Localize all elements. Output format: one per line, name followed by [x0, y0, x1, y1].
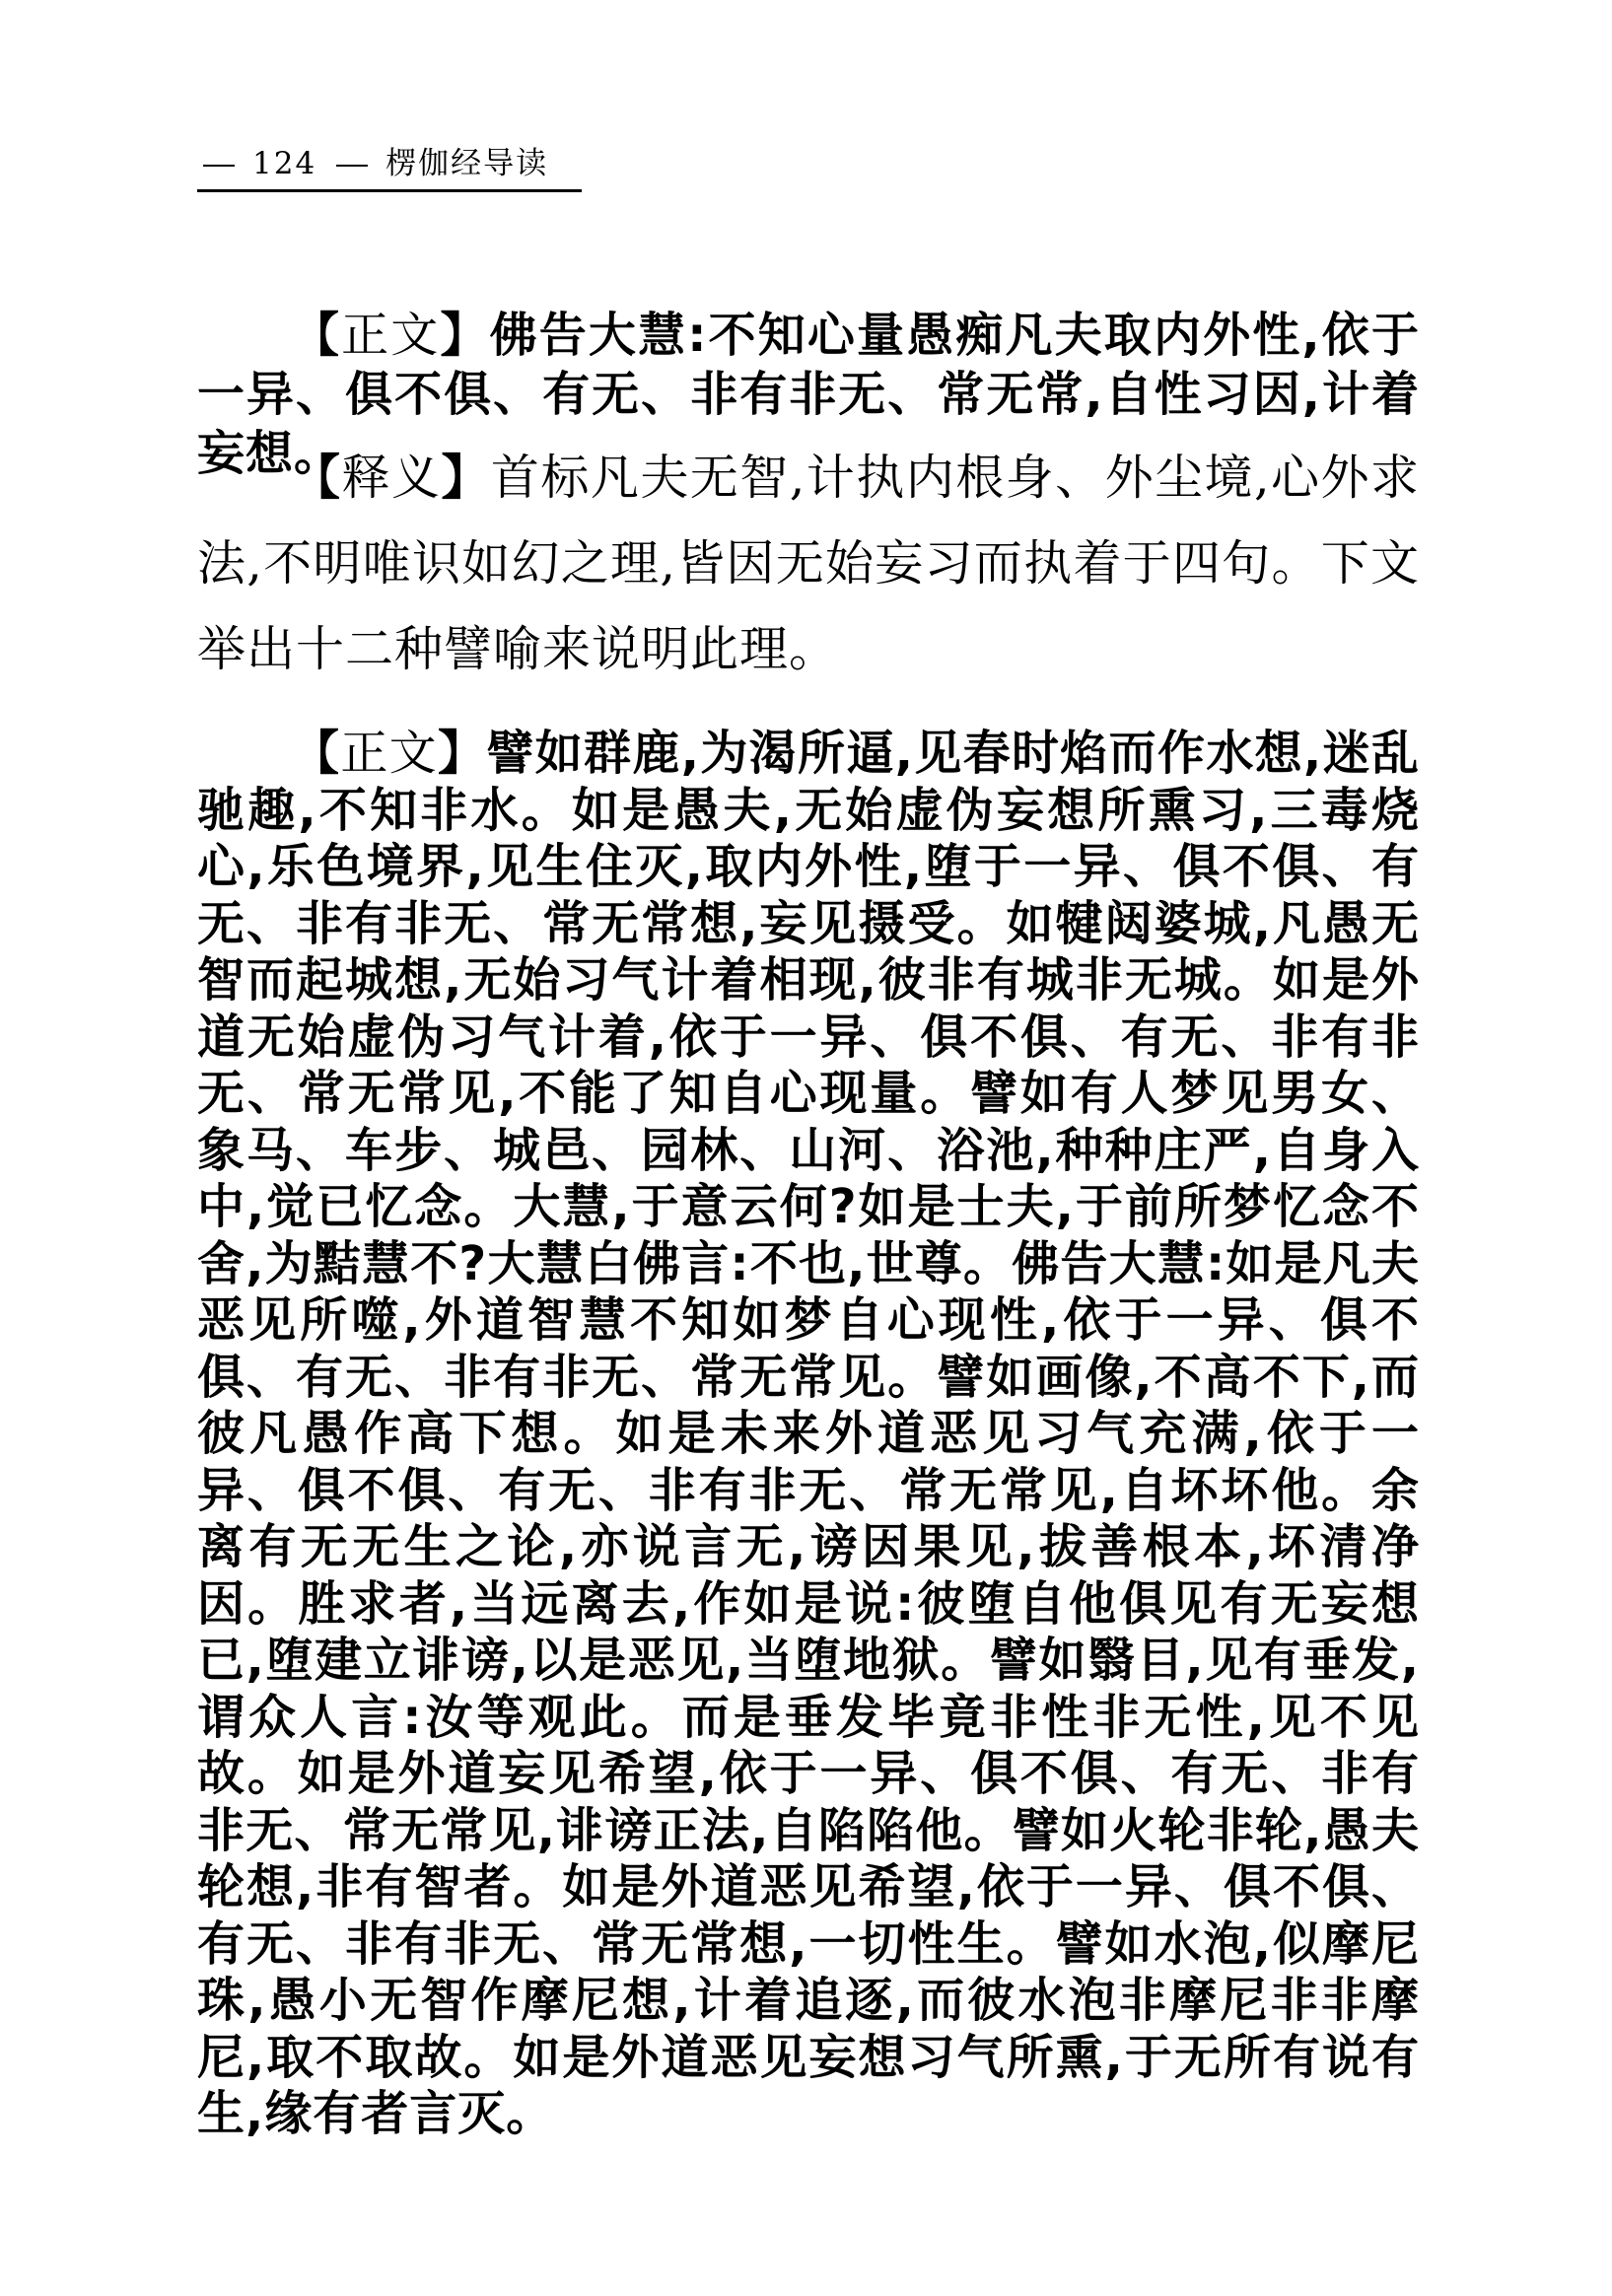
paragraph-main-text-2: 【正文】譬如群鹿,为渴所逼,见春时焰而作水想,迷乱驰趣,不知非水。如是愚夫,无始…	[197, 726, 1420, 2143]
bracket-close: 】	[440, 308, 489, 363]
running-header: 124楞伽经导读	[197, 140, 582, 192]
bracket-open: 【	[292, 308, 341, 363]
section-tag-label: 正文	[340, 726, 438, 781]
paragraph-text: 譬如群鹿,为渴所逼,见春时焰而作水想,迷乱驰趣,不知非水。如是愚夫,无始虚伪妄想…	[197, 726, 1420, 2141]
bracket-close: 】	[438, 726, 486, 781]
section-tag-label: 释义	[341, 450, 441, 506]
paragraph-commentary: 【释义】首标凡夫无智,计执内根身、外尘境,心外求法,不明唯识如幻之理,皆因无始妄…	[197, 435, 1420, 692]
bracket-close: 】	[441, 449, 490, 506]
dash-divider	[336, 165, 368, 167]
bracket-open: 【	[292, 449, 341, 506]
bracket-open: 【	[292, 726, 340, 781]
dash-divider	[203, 165, 235, 167]
section-tag-label: 正文	[341, 308, 440, 363]
section-tag: 【正文】	[292, 308, 490, 363]
section-tag: 【正文】	[292, 726, 486, 781]
section-tag: 【释义】	[292, 450, 491, 506]
page-number: 124	[252, 146, 316, 181]
book-title: 楞伽经导读	[385, 146, 548, 181]
